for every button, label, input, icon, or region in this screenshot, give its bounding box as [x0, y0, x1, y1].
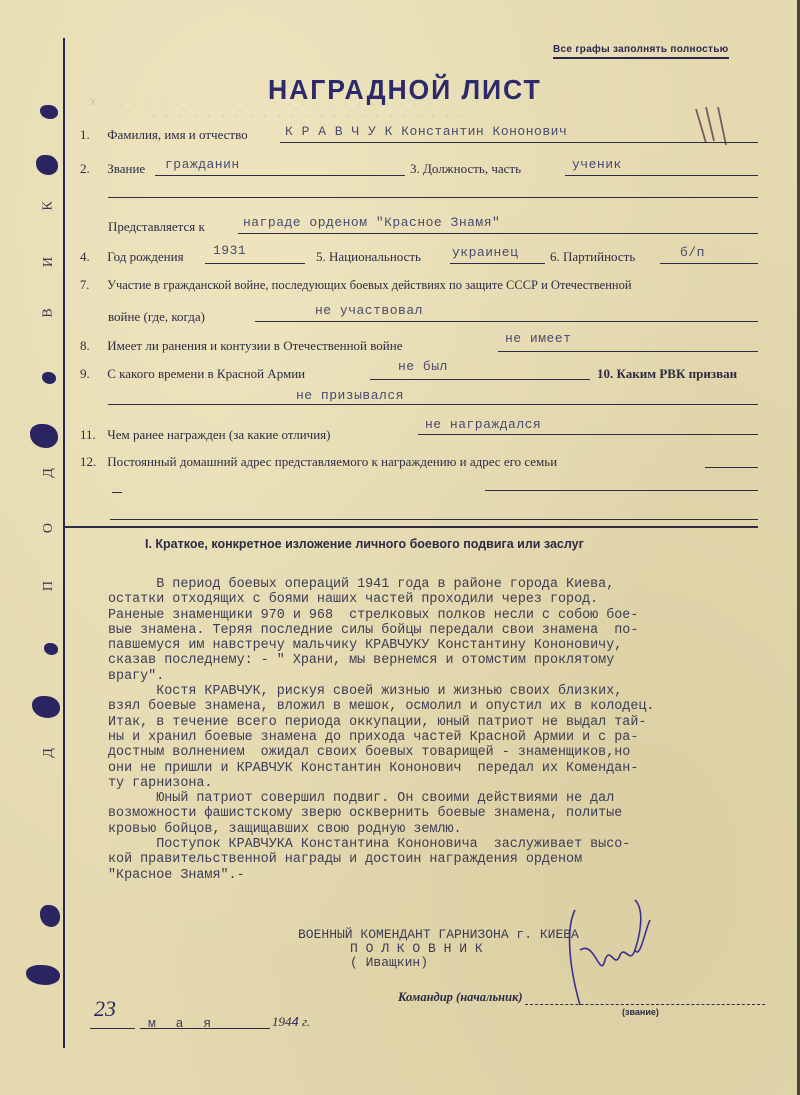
field-war-participation-cont: войне (где, когда): [108, 309, 205, 325]
field-label: Партийность: [563, 249, 635, 264]
year-suffix: 4: [292, 1014, 299, 1029]
field-number: 2.: [80, 161, 104, 177]
underline: [110, 519, 758, 520]
field-nationality: 5. Национальность: [316, 249, 421, 265]
show-through-text: . . . . . . . . . . . . . . . . . . . . …: [150, 110, 465, 121]
binding-hole: [40, 905, 60, 927]
underline: [370, 379, 590, 380]
war-participation-value: не участвовал: [315, 303, 423, 318]
pencil-mark: [694, 105, 734, 147]
rank-value: гражданин: [165, 157, 240, 172]
margin-rule: [63, 38, 65, 1048]
party-value: б/п: [680, 245, 705, 260]
field-number: 5.: [316, 249, 326, 264]
binding-hole: [42, 372, 56, 384]
position-value: ученик: [572, 157, 622, 172]
underline: [705, 467, 758, 468]
wounds-value: не имеет: [505, 331, 571, 346]
field-label: Чем ранее награжден (за какие отличия): [107, 427, 330, 442]
underline: [108, 197, 758, 198]
field-full-name: 1. Фамилия, имя и отчество: [80, 127, 248, 143]
field-presented-for: Представляется к: [108, 219, 205, 235]
underline: [280, 142, 758, 143]
underline: [205, 263, 305, 264]
underline: [255, 321, 758, 322]
merit-description: В период боевых операций 1941 года в рай…: [108, 577, 778, 883]
field-label: Постоянный домашний адрес представляемог…: [107, 454, 557, 469]
field-number: 10.: [597, 366, 613, 381]
year-prefix: 194: [272, 1014, 292, 1029]
field-birth-year: 4. Год рождения: [80, 249, 184, 265]
field-label: Должность, часть: [423, 161, 521, 176]
birth-year-value: 1931: [213, 243, 246, 258]
field-label: Год рождения: [107, 249, 183, 264]
show-through-text: Х . . . . . . . . . . . . . . . . . . . …: [90, 98, 447, 109]
underline: [498, 351, 758, 352]
field-home-address: 12. Постоянный домашний адрес представля…: [80, 454, 557, 470]
signatory-block: ВОЕННЫЙ КОМЕНДАНТ ГАРНИЗОНА г. КИЕВА П О…: [298, 928, 579, 970]
date-year: 1944 г.: [272, 1014, 310, 1030]
field-war-participation: 7. Участие в гражданской войне, последую…: [80, 278, 632, 293]
field-prior-awards: 11. Чем ранее награжден (за какие отличи…: [80, 427, 330, 443]
margin-letter: Д: [41, 468, 57, 478]
field-label: Национальность: [329, 249, 421, 264]
field-label: Звание: [107, 161, 145, 176]
rank-caption: (звание): [622, 1007, 659, 1017]
handwritten-signature: [555, 890, 675, 1010]
field-number: 4.: [80, 249, 104, 265]
section-divider: [65, 526, 758, 528]
underline: [155, 175, 405, 176]
margin-letter: И: [41, 257, 57, 267]
underline: [112, 492, 122, 493]
underline: [565, 175, 758, 176]
instruction-note: Все графы заполнять полностью: [553, 44, 729, 59]
underline: [108, 404, 758, 405]
margin-letter: Д: [41, 748, 57, 758]
conscription-office-value: не призывался: [296, 388, 404, 403]
binding-hole: [36, 155, 58, 175]
section-heading: I. Краткое, конкретное изложение личного…: [145, 537, 584, 551]
field-label: С какого времени в Красной Армии: [107, 366, 305, 381]
binding-hole: [30, 424, 58, 448]
presented-for-value: награде орденом "Красное Знамя": [243, 215, 500, 230]
field-label: Фамилия, имя и отчество: [107, 127, 247, 142]
margin-letter: В: [41, 308, 57, 317]
underline: [90, 1028, 135, 1029]
binding-hole: [40, 105, 58, 119]
field-number: 11.: [80, 427, 104, 443]
field-number: 1.: [80, 127, 104, 143]
field-label: Представляется к: [108, 219, 205, 234]
field-number: 6.: [550, 249, 560, 264]
commander-label: Командир (начальник): [398, 990, 523, 1005]
year-end: г.: [302, 1014, 310, 1029]
underline: [140, 1028, 270, 1029]
margin-letter: О: [41, 523, 57, 533]
field-wounds: 8. Имеет ли ранения и контузии в Отечест…: [80, 338, 402, 354]
binding-hole: [32, 696, 60, 718]
margin-letter: П: [41, 581, 57, 591]
field-rank: 2. Звание: [80, 161, 145, 177]
signatory-position: ВОЕННЫЙ КОМЕНДАНТ ГАРНИЗОНА г. КИЕВА: [298, 927, 579, 942]
full-name-value: К Р А В Ч У К Константин Кононович: [285, 124, 567, 139]
field-label: Имеет ли ранения и контузии в Отечествен…: [107, 338, 402, 353]
underline: [660, 263, 758, 264]
underline: [485, 490, 758, 491]
signatory-rank: П О Л К О В Н И К: [350, 941, 483, 956]
nationality-value: украинец: [452, 245, 518, 260]
field-number: 3.: [410, 161, 420, 176]
field-label: Участие в гражданской войне, последующих…: [107, 278, 631, 292]
field-label: Каким РВК призван: [617, 366, 738, 381]
margin-letter: К: [41, 201, 57, 210]
field-label: войне (где, когда): [108, 309, 205, 324]
field-army-since: 9. С какого времени в Красной Армии: [80, 366, 305, 382]
field-number: 9.: [80, 366, 104, 382]
field-position: 3. Должность, часть: [410, 161, 521, 177]
binding-hole: [44, 643, 58, 655]
underline: [418, 434, 758, 435]
underline: [238, 233, 758, 234]
army-since-value: не был: [398, 359, 448, 374]
signatory-name: ( Иващкин): [350, 955, 428, 970]
field-number: 7.: [80, 278, 104, 293]
field-number: 12.: [80, 454, 104, 470]
underline: [450, 263, 545, 264]
prior-awards-value: не награждался: [425, 417, 541, 432]
date-day: 23: [94, 996, 116, 1022]
underline: [525, 1004, 765, 1005]
field-conscription-office: 10. Каким РВК призван: [597, 366, 737, 382]
field-party: 6. Партийность: [550, 249, 635, 265]
field-number: 8.: [80, 338, 104, 354]
